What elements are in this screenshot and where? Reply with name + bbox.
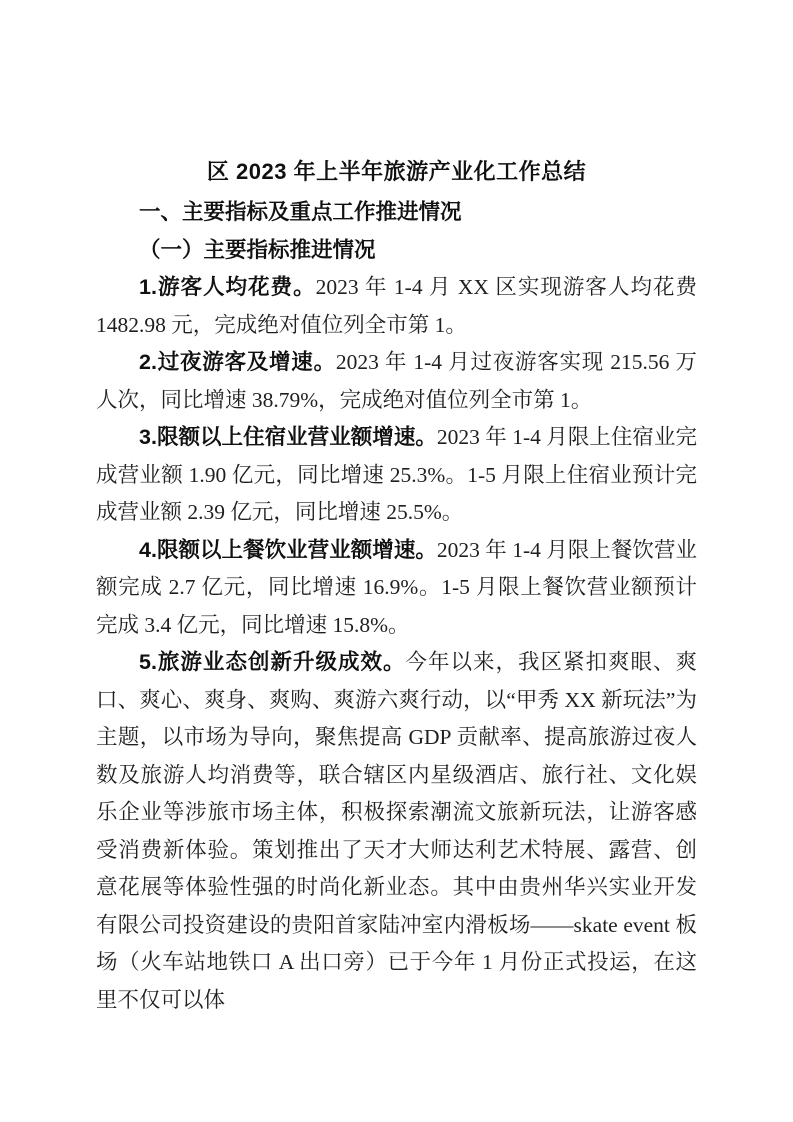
paragraph-5-text: 今年以来，我区紧扣爽眼、爽口、爽心、爽身、爽购、爽游六爽行动，以“甲秀 XX 新… — [96, 650, 697, 1012]
paragraph-1-lead: 1.游客人均花费。 — [139, 275, 316, 299]
paragraph-3-lead: 3.限额以上住宿业营业额增速。 — [139, 425, 437, 449]
paragraph-1: 1.游客人均花费。2023 年 1-4 月 XX 区实现游客人均花费 1482.… — [96, 269, 697, 344]
section-heading: 一、主要指标及重点工作推进情况 — [96, 194, 697, 232]
paragraph-2-lead: 2.过夜游客及增速。 — [139, 350, 336, 374]
paragraph-2: 2.过夜游客及增速。2023 年 1-4 月过夜游客实现 215.56 万人次，… — [96, 344, 697, 419]
paragraph-4-lead: 4.限额以上餐饮业营业额增速。 — [139, 538, 437, 562]
paragraph-3: 3.限额以上住宿业营业额增速。2023 年 1-4 月限上住宿业完成营业额 1.… — [96, 419, 697, 532]
document-title: 区 2023 年上半年旅游产业化工作总结 — [96, 150, 697, 194]
paragraph-4: 4.限额以上餐饮业营业额增速。2023 年 1-4 月限上餐饮营业额完成 2.7… — [96, 532, 697, 645]
paragraph-5: 5.旅游业态创新升级成效。今年以来，我区紧扣爽眼、爽口、爽心、爽身、爽购、爽游六… — [96, 644, 697, 1019]
paragraph-5-lead: 5.旅游业态创新升级成效。 — [139, 650, 405, 674]
document-content: 区 2023 年上半年旅游产业化工作总结 一、主要指标及重点工作推进情况 （一）… — [96, 150, 697, 1019]
document-page: 区 2023 年上半年旅游产业化工作总结 一、主要指标及重点工作推进情况 （一）… — [0, 0, 793, 1122]
subsection-heading: （一）主要指标推进情况 — [96, 232, 697, 270]
